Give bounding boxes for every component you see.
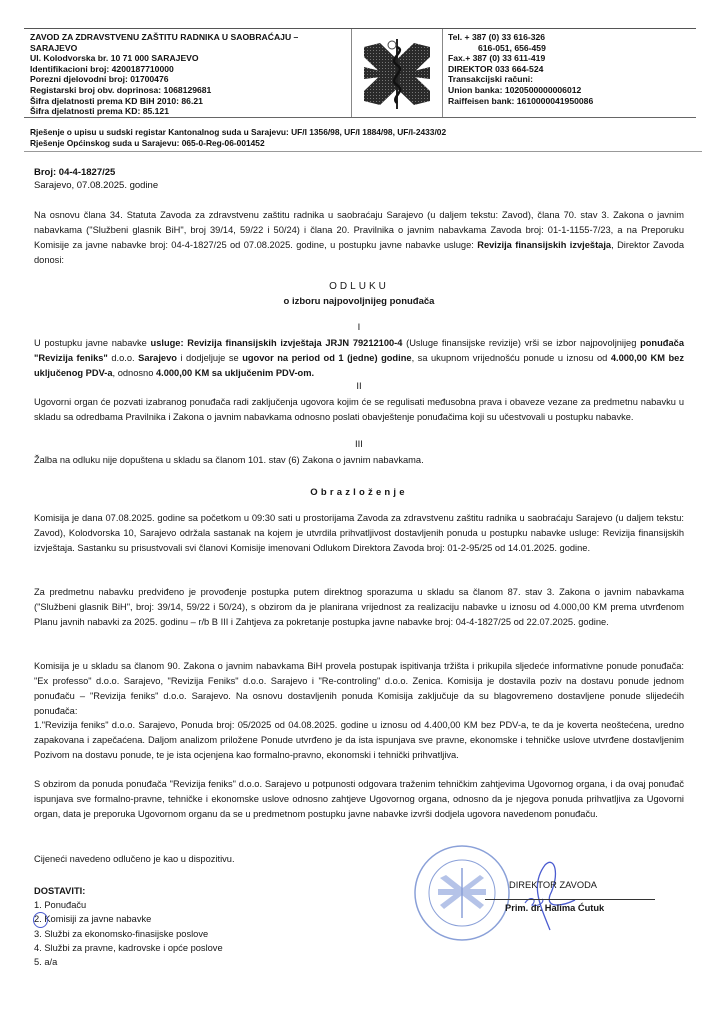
text: (Usluge finansijske revizije) vrši se iz… — [402, 338, 640, 348]
reasoning-heading: Obrazloženje — [34, 487, 684, 498]
activity-code: Šifra djelatnosti prema KD: 85.121 — [30, 106, 360, 117]
text-bold: usluge: Revizija finansijskih izvještaja… — [151, 338, 403, 348]
cantonal-court-registration: Rješenje o upisu u sudski registar Kanto… — [30, 127, 702, 138]
document-page: ZAVOD ZA ZDRAVSTVENU ZAŠTITU RADNIKA U S… — [0, 0, 724, 1024]
text: U postupku javne nabavke — [34, 338, 151, 348]
reasoning-paragraph-4: S obzirom da ponuda ponuđača "Revizija f… — [34, 777, 684, 822]
section-i-numeral: I — [34, 322, 684, 333]
distribution-item: 1. Ponuđaču — [34, 898, 223, 912]
text-bold: 4.000,00 KM sa uključenim PDV-om. — [156, 368, 314, 378]
text: i dodjeljuje se — [177, 353, 242, 363]
section-iii-numeral: III — [34, 439, 684, 450]
signature-line — [485, 899, 655, 900]
tax-number: Porezni djelovodni broj: 01700476 — [30, 74, 360, 85]
document-meta: Broj: 04-4-1827/25 Sarajevo, 07.08.2025.… — [34, 166, 158, 192]
letterhead: ZAVOD ZA ZDRAVSTVENU ZAŠTITU RADNIKA U S… — [24, 28, 696, 118]
reasoning-paragraph-1: Komisija je dana 07.08.2025. godine sa p… — [34, 511, 684, 556]
decision-title: ODLUKU — [34, 281, 684, 292]
section-ii-numeral: II — [34, 381, 684, 392]
accounts-label: Transakcijski računi: — [448, 74, 688, 85]
caduceus-cross-logo-icon — [351, 29, 443, 117]
director-phone: DIREKTOR 033 664-524 — [448, 64, 688, 75]
decision-subtitle: o izboru najpovoljnijeg ponuđača — [34, 296, 684, 307]
phone-extra: 616-051, 656-459 — [448, 43, 688, 54]
municipal-court-registration: Rješenje Općinskog suda u Sarajevu: 065-… — [30, 138, 702, 149]
text: , odnosno — [113, 368, 156, 378]
union-bank-account: Union banka: 1020500000006012 — [448, 85, 688, 96]
section-iii-text: Žalba na odluku nije dopuštena u skladu … — [34, 453, 684, 468]
court-registration: Rješenje o upisu u sudski registar Kanto… — [24, 127, 702, 152]
text: , sa ukupnom vrijednošću ponude u iznosu… — [412, 353, 611, 363]
raiffeisen-account: Raiffeisen bank: 1610000041950086 — [448, 96, 688, 107]
distribution-item: 2. Komisiji za javne nabavke — [34, 912, 223, 926]
registration-number: Registarski broj obv. doprinosa: 1068129… — [30, 85, 360, 96]
intro-subject: Revizija finansijskih izvještaja — [477, 240, 611, 250]
distribution-list: DOSTAVITI: 1. Ponuđaču 2. Komisiji za ja… — [34, 884, 223, 969]
letterhead-left: ZAVOD ZA ZDRAVSTVENU ZAŠTITU RADNIKA U S… — [30, 32, 360, 117]
activity-code-2010: Šifra djelatnosti prema KD BiH 2010: 86.… — [30, 96, 360, 107]
text-bold: ugovor na period od 1 (jedne) godine — [242, 353, 411, 363]
director-title: DIREKTOR ZAVODA — [509, 880, 597, 890]
id-number: Identifikacioni broj: 4200187710000 — [30, 64, 360, 75]
distribution-heading: DOSTAVITI: — [34, 884, 223, 898]
distribution-item: 4. Službi za pravne, kadrovske i opće po… — [34, 941, 223, 955]
text: d.o.o. — [108, 353, 138, 363]
director-name: Prim. dr. Halima Ćutuk — [505, 903, 604, 913]
distribution-item: 5. a/a — [34, 955, 223, 969]
official-round-stamp-icon — [412, 843, 512, 943]
reasoning-paragraph-2: Za predmetnu nabavku predviđeno je provo… — [34, 585, 684, 630]
section-i-text: U postupku javne nabavke usluge: Revizij… — [34, 336, 684, 381]
address: Ul. Kolodvorska br. 10 71 000 SARAJEVO — [30, 53, 360, 64]
distribution-item: 3. Službi za ekonomsko-finasijske poslov… — [34, 927, 223, 941]
section-ii-text: Ugovorni organ će pozvati izabranog ponu… — [34, 395, 684, 425]
letterhead-right: Tel. + 387 (0) 33 616-326 616-051, 656-4… — [448, 32, 688, 106]
intro-paragraph: Na osnovu člana 34. Statuta Zavoda za zd… — [34, 208, 684, 268]
place-date: Sarajevo, 07.08.2025. godine — [34, 179, 158, 192]
text-bold: Sarajevo — [138, 353, 177, 363]
phone: Tel. + 387 (0) 33 616-326 — [448, 32, 688, 43]
document-number: Broj: 04-4-1827/25 — [34, 166, 158, 179]
institution-city: SARAJEVO — [30, 43, 360, 54]
handwritten-signature-icon — [520, 855, 600, 935]
reasoning-paragraph-3: Komisija je u skladu sa članom 90. Zakon… — [34, 659, 684, 719]
fax: Fax.+ 387 (0) 33 611-419 — [448, 53, 688, 64]
reasoning-offer-item: 1."Revizija feniks" d.o.o. Sarajevo, Pon… — [34, 718, 684, 763]
institution-name: ZAVOD ZA ZDRAVSTVENU ZAŠTITU RADNIKA U S… — [30, 32, 360, 43]
handwritten-circle-mark — [33, 912, 48, 928]
